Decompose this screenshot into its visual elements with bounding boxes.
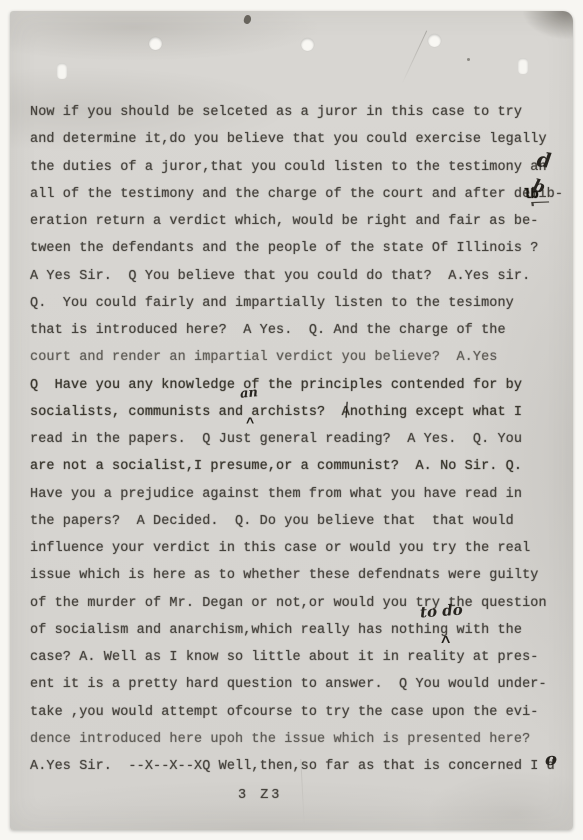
text-line: issue which is here as to whether these … <box>30 562 563 589</box>
staple-slot <box>57 63 67 79</box>
margin-mark: ⌐ <box>527 194 553 213</box>
text-line: of the murder of Mr. Degan or not,or wou… <box>30 590 563 617</box>
handwritten-to-do: to do <box>419 601 463 622</box>
punch-hole <box>428 34 441 47</box>
staple-slot <box>518 58 528 74</box>
text-line: eration return a verdict which, would be… <box>30 208 563 235</box>
text-line: all of the testimony and the charge of t… <box>30 181 563 208</box>
text-line: are not a socialist,I presume,or a commu… <box>30 453 563 480</box>
transcript-text: Now if you should be selceted as a juror… <box>30 99 563 780</box>
text-line: Have you a prejudice against them from w… <box>30 481 563 508</box>
handwritten-o: o <box>545 749 557 770</box>
text-line: A Yes Sir. Q You believe that you could … <box>30 263 563 290</box>
page-number: 3 Z3 <box>238 788 282 803</box>
text-line: read in the papers. Q Just general readi… <box>30 426 563 453</box>
handwritten-an: an <box>239 385 258 402</box>
text-line: and determine it,do you believe that you… <box>30 126 563 153</box>
text-line: dence introduced here upoh the issue whi… <box>30 726 563 753</box>
text-line: court and render an impartial verdict yo… <box>30 344 563 371</box>
text-line: Q. You could fairly and impartially list… <box>30 290 563 317</box>
text-line: influence your verdict in this case or w… <box>30 535 563 562</box>
caret-icon: ^ <box>246 416 254 432</box>
caret-icon: ^ <box>441 634 451 652</box>
punch-hole <box>149 37 162 50</box>
text-line: the duties of a juror,that you could lis… <box>30 154 563 181</box>
paper-fleck <box>467 58 470 61</box>
text-line: A.Yes Sir. --X--X--XQ Well,then,so far a… <box>30 753 563 780</box>
text-line: that is introduced here? A Yes. Q. And t… <box>30 317 563 344</box>
text-line: case? A. Well as I know so little about … <box>30 644 563 671</box>
text-line: tween the defendants and the people of t… <box>30 235 563 262</box>
text-line: Now if you should be selceted as a juror… <box>30 99 563 126</box>
text-line: the papers? A Decided. Q. Do you believe… <box>30 508 563 535</box>
ink-speck <box>243 14 252 25</box>
text-line: Q Have you any knowledge of the principl… <box>30 372 563 399</box>
text-line: ent it is a pretty hard question to answ… <box>30 671 563 698</box>
text-line: socialists, communists and archists? Ano… <box>30 399 563 426</box>
punch-hole <box>301 38 314 51</box>
paper-crease <box>402 31 427 84</box>
text-line: take ,you would attempt ofcourse to try … <box>30 699 563 726</box>
text-line: of socialism and anarchism,which really … <box>30 617 563 644</box>
